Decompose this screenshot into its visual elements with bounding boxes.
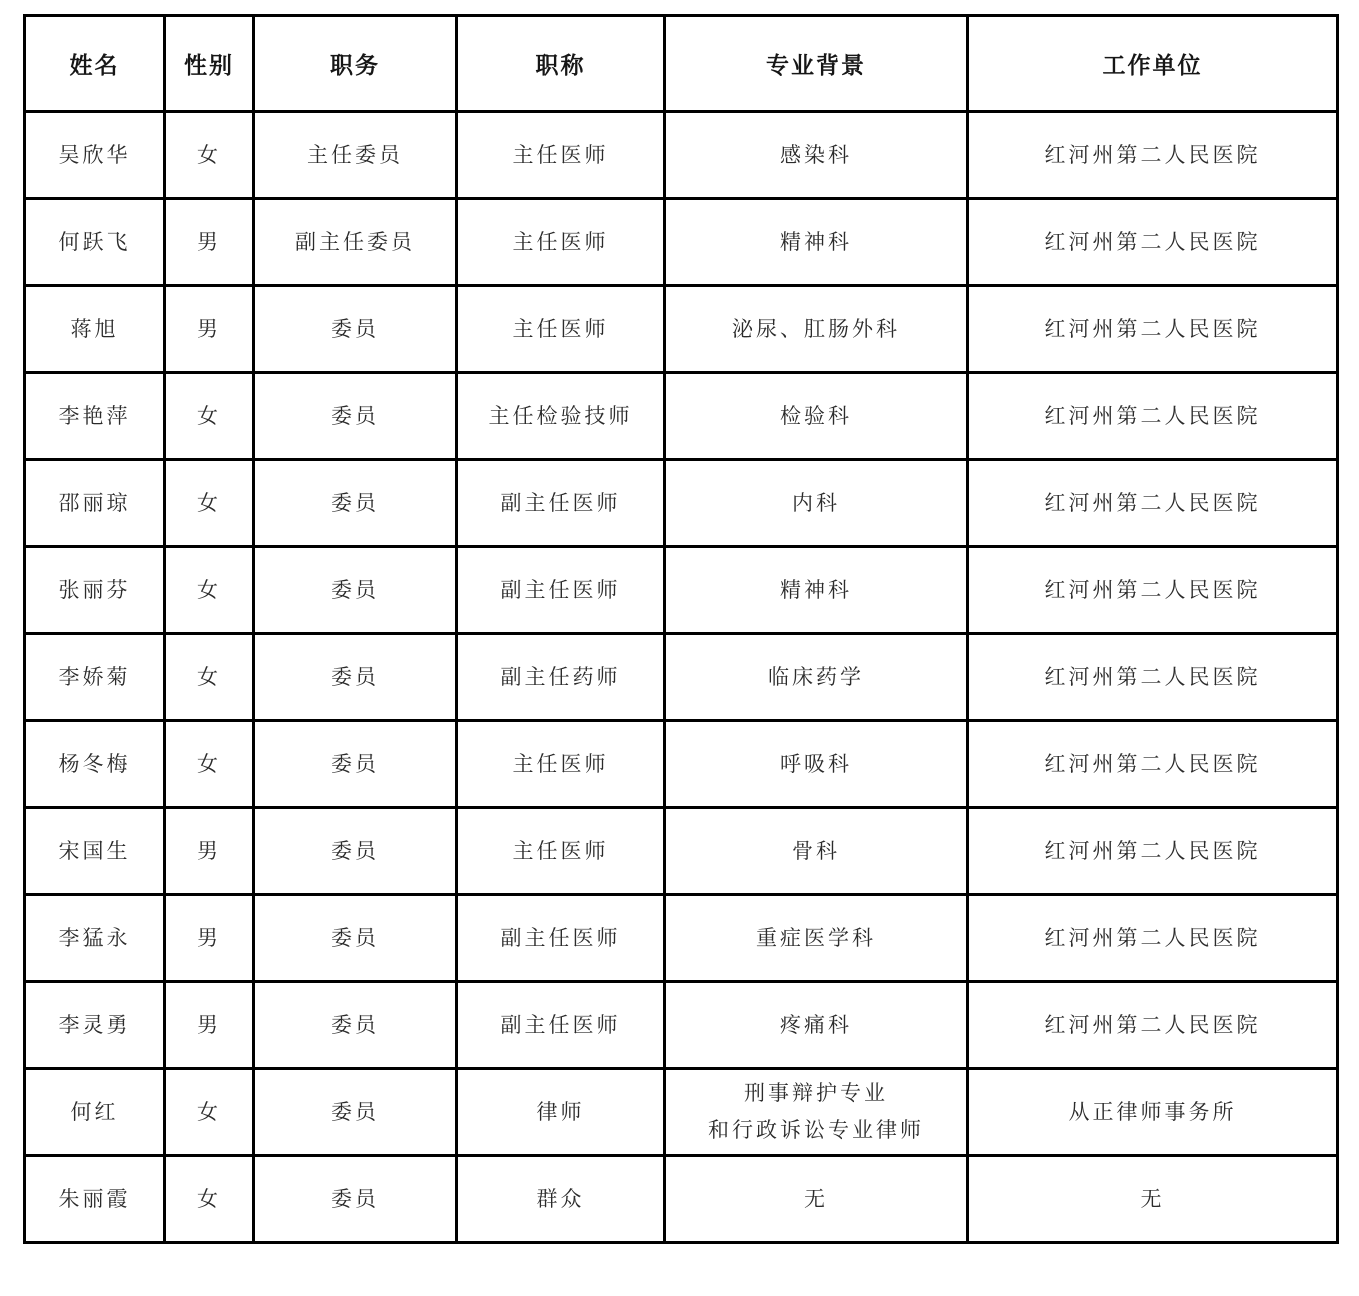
table-cell: 委员: [254, 634, 457, 721]
table-cell: 男: [165, 982, 254, 1069]
table-cell: 临床药学: [665, 634, 968, 721]
table-cell: 男: [165, 895, 254, 982]
table-cell: 女: [165, 373, 254, 460]
table-cell: 男: [165, 808, 254, 895]
table-cell: 内科: [665, 460, 968, 547]
table-row: 张丽芬女委员副主任医师精神科红河州第二人民医院: [25, 547, 1338, 634]
table-cell: 委员: [254, 808, 457, 895]
header-row: 姓名性别职务职称专业背景工作单位: [25, 16, 1338, 112]
table-cell: 女: [165, 460, 254, 547]
table-cell: 男: [165, 286, 254, 373]
table-cell: 主任委员: [254, 112, 457, 199]
table-cell: 骨科: [665, 808, 968, 895]
header-cell-title: 职称: [457, 16, 665, 112]
table-cell: 主任医师: [457, 286, 665, 373]
table-cell: 红河州第二人民医院: [968, 634, 1338, 721]
table-cell: 红河州第二人民医院: [968, 286, 1338, 373]
table-cell: 副主任医师: [457, 460, 665, 547]
table-cell: 副主任药师: [457, 634, 665, 721]
table-cell: 李猛永: [25, 895, 165, 982]
table-cell: 吴欣华: [25, 112, 165, 199]
table-cell: 主任检验技师: [457, 373, 665, 460]
table-cell: 红河州第二人民医院: [968, 982, 1338, 1069]
table-cell: 红河州第二人民医院: [968, 721, 1338, 808]
table-cell: 张丽芬: [25, 547, 165, 634]
table-cell: 委员: [254, 1069, 457, 1156]
header-cell-gender: 性别: [165, 16, 254, 112]
table-row: 李娇菊女委员副主任药师临床药学红河州第二人民医院: [25, 634, 1338, 721]
header-cell-background: 专业背景: [665, 16, 968, 112]
table-cell: 红河州第二人民医院: [968, 460, 1338, 547]
table-cell: 主任医师: [457, 808, 665, 895]
table-cell: 李灵勇: [25, 982, 165, 1069]
table-row: 何红女委员律师刑事辩护专业 和行政诉讼专业律师从正律师事务所: [25, 1069, 1338, 1156]
table-cell: 女: [165, 1156, 254, 1243]
table-cell: 红河州第二人民医院: [968, 112, 1338, 199]
table-cell: 委员: [254, 721, 457, 808]
table-cell: 委员: [254, 982, 457, 1069]
table-cell: 女: [165, 721, 254, 808]
committee-roster-table: 姓名性别职务职称专业背景工作单位 吴欣华女主任委员主任医师感染科红河州第二人民医…: [23, 14, 1339, 1244]
table-cell: 红河州第二人民医院: [968, 808, 1338, 895]
table-body: 吴欣华女主任委员主任医师感染科红河州第二人民医院何跃飞男副主任委员主任医师精神科…: [25, 112, 1338, 1243]
table-cell: 主任医师: [457, 112, 665, 199]
table-cell: 无: [665, 1156, 968, 1243]
table-row: 李灵勇男委员副主任医师疼痛科红河州第二人民医院: [25, 982, 1338, 1069]
table-cell: 检验科: [665, 373, 968, 460]
table-cell: 群众: [457, 1156, 665, 1243]
header-cell-position: 职务: [254, 16, 457, 112]
table-cell: 委员: [254, 373, 457, 460]
table-row: 邵丽琼女委员副主任医师内科红河州第二人民医院: [25, 460, 1338, 547]
table-cell: 杨冬梅: [25, 721, 165, 808]
table-cell: 女: [165, 112, 254, 199]
table-cell: 男: [165, 199, 254, 286]
header-cell-name: 姓名: [25, 16, 165, 112]
table-cell: 宋国生: [25, 808, 165, 895]
table-cell: 重症医学科: [665, 895, 968, 982]
table-cell: 何红: [25, 1069, 165, 1156]
table-cell: 律师: [457, 1069, 665, 1156]
table-cell: 蒋旭: [25, 286, 165, 373]
table-cell: 委员: [254, 286, 457, 373]
table-cell: 何跃飞: [25, 199, 165, 286]
table-cell: 主任医师: [457, 199, 665, 286]
table-row: 吴欣华女主任委员主任医师感染科红河州第二人民医院: [25, 112, 1338, 199]
table-cell: 副主任医师: [457, 982, 665, 1069]
table-cell: 女: [165, 634, 254, 721]
table-cell: 感染科: [665, 112, 968, 199]
table-cell: 李娇菊: [25, 634, 165, 721]
table-cell: 红河州第二人民医院: [968, 895, 1338, 982]
table-cell: 副主任委员: [254, 199, 457, 286]
table-row: 杨冬梅女委员主任医师呼吸科红河州第二人民医院: [25, 721, 1338, 808]
table-cell: 李艳萍: [25, 373, 165, 460]
table-cell: 刑事辩护专业 和行政诉讼专业律师: [665, 1069, 968, 1156]
table-cell: 从正律师事务所: [968, 1069, 1338, 1156]
table-cell: 邵丽琼: [25, 460, 165, 547]
table-row: 李猛永男委员副主任医师重症医学科红河州第二人民医院: [25, 895, 1338, 982]
table-cell: 呼吸科: [665, 721, 968, 808]
table-cell: 副主任医师: [457, 547, 665, 634]
table-cell: 女: [165, 1069, 254, 1156]
table-cell: 朱丽霞: [25, 1156, 165, 1243]
table-row: 蒋旭男委员主任医师泌尿、肛肠外科红河州第二人民医院: [25, 286, 1338, 373]
table-cell: 精神科: [665, 199, 968, 286]
table-cell: 委员: [254, 1156, 457, 1243]
table-row: 何跃飞男副主任委员主任医师精神科红河州第二人民医院: [25, 199, 1338, 286]
table-cell: 主任医师: [457, 721, 665, 808]
table-cell: 无: [968, 1156, 1338, 1243]
table-cell: 女: [165, 547, 254, 634]
table-cell: 红河州第二人民医院: [968, 199, 1338, 286]
header-cell-work_unit: 工作单位: [968, 16, 1338, 112]
table-cell: 委员: [254, 547, 457, 634]
table-cell: 精神科: [665, 547, 968, 634]
table-cell: 副主任医师: [457, 895, 665, 982]
table-row: 李艳萍女委员主任检验技师检验科红河州第二人民医院: [25, 373, 1338, 460]
table-cell: 委员: [254, 460, 457, 547]
table-cell: 红河州第二人民医院: [968, 373, 1338, 460]
table-row: 宋国生男委员主任医师骨科红河州第二人民医院: [25, 808, 1338, 895]
document-page: 姓名性别职务职称专业背景工作单位 吴欣华女主任委员主任医师感染科红河州第二人民医…: [0, 0, 1359, 1296]
table-row: 朱丽霞女委员群众无无: [25, 1156, 1338, 1243]
table-cell: 泌尿、肛肠外科: [665, 286, 968, 373]
table-cell: 委员: [254, 895, 457, 982]
table-cell: 红河州第二人民医院: [968, 547, 1338, 634]
table-cell: 疼痛科: [665, 982, 968, 1069]
